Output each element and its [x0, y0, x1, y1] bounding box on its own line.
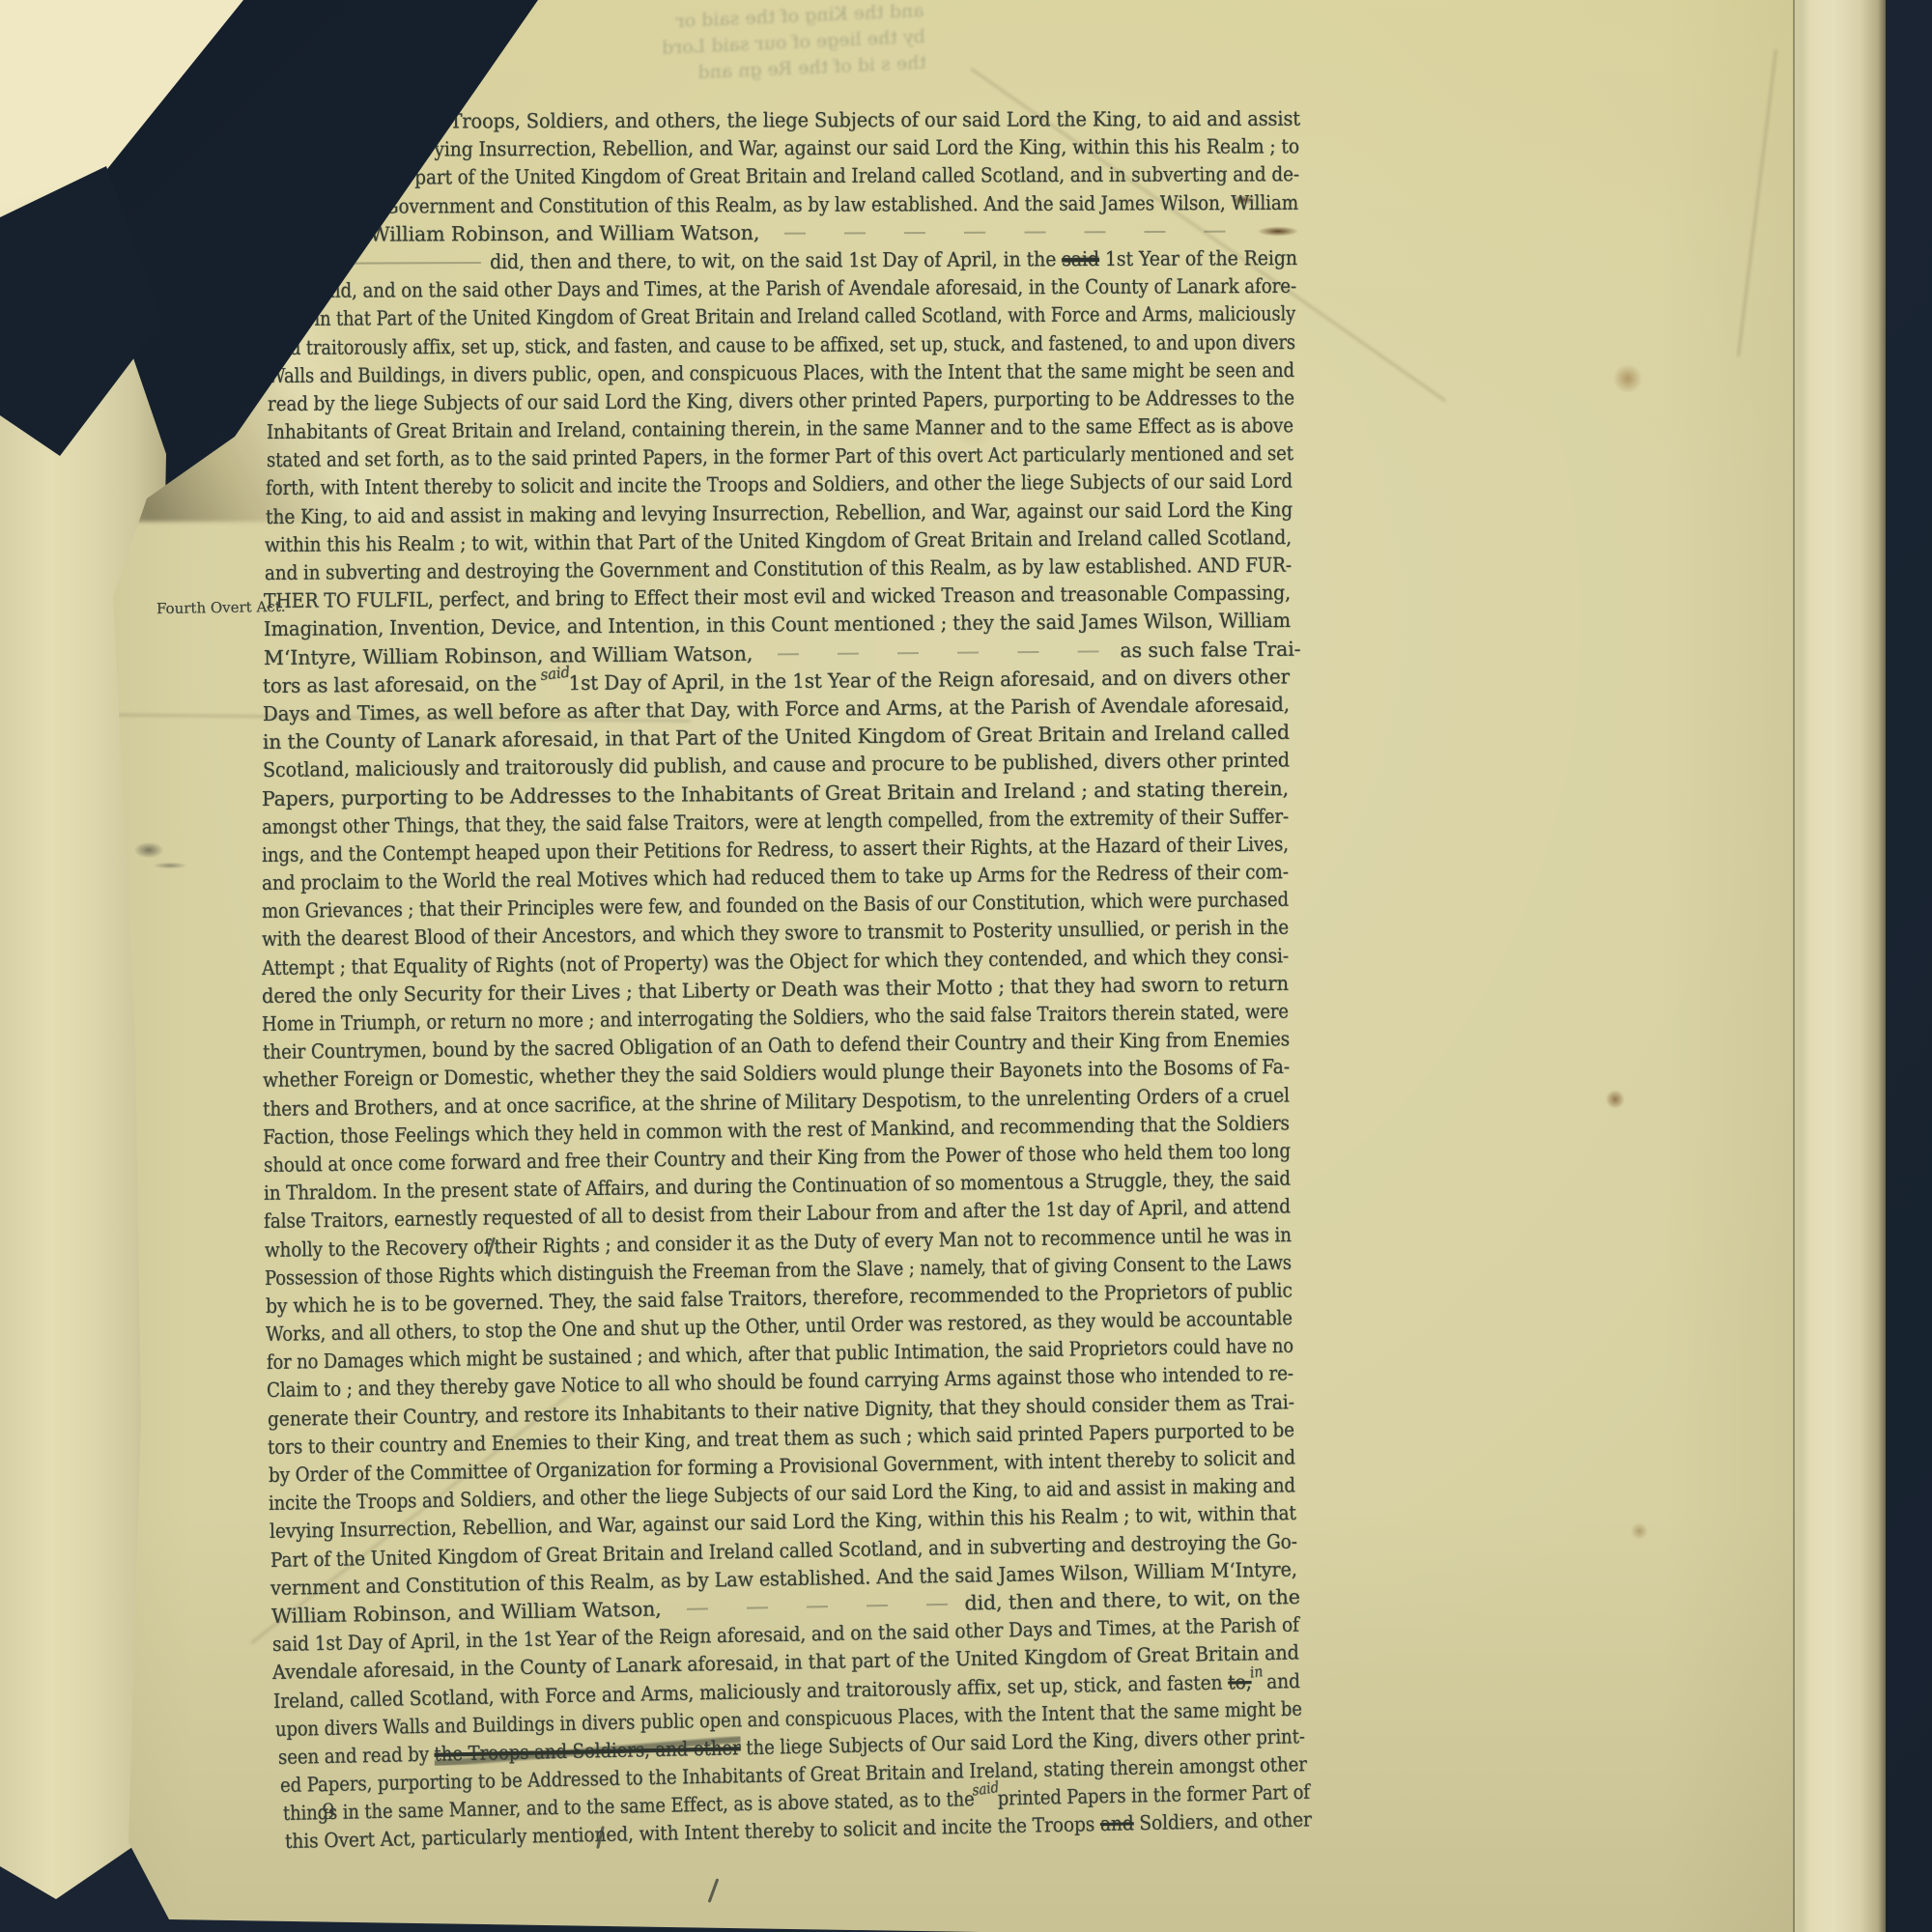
printed-text: printed Papers in the former Part of — [997, 1780, 1310, 1810]
strikethrough-text: and — [1100, 1812, 1134, 1836]
printed-text: stroying the Government and Constitution… — [271, 190, 1298, 217]
ink-blot — [1258, 226, 1298, 236]
strikethrough-text: the Troops and Soldiers, and other — [434, 1736, 741, 1765]
faint-dash-rule — [772, 230, 1246, 234]
text-line: wit, within that part of the United King… — [272, 161, 1196, 193]
printed-text: M‘Intyre, William Robinson, and William … — [263, 639, 753, 672]
text-line: licit and incite the Troops, Soldiers, a… — [273, 105, 1241, 136]
printed-text: and traitorously affix, set up, stick, a… — [269, 330, 1295, 359]
printed-text: in making and levying Insurrection, Rebe… — [272, 134, 1299, 161]
handwritten-insertion: in — [1248, 1658, 1264, 1688]
body-text: licit and incite the Troops, Soldiers, a… — [273, 108, 1300, 1857]
printed-text: read by the liege Subjects of our said L… — [268, 385, 1294, 414]
printed-text: did, then and there, to wit, on the said… — [490, 247, 1062, 273]
printed-text: M‘Intyre, William Robinson, and William … — [270, 221, 759, 246]
printed-text: did, then and there, to wit, on the — [964, 1583, 1300, 1618]
printed-text: seen and read by — [278, 1743, 435, 1769]
printed-text: said, in that Part of the United Kingdom… — [269, 302, 1295, 331]
handwritten-insertion: said — [539, 658, 572, 690]
faint-dash-rule — [764, 650, 1108, 655]
strikethrough-text: to, — [1228, 1670, 1252, 1693]
printed-text: licit and incite the Troops, Soldiers, a… — [273, 107, 1300, 133]
printed-text: wholly to the Recovery of — [264, 1235, 490, 1262]
printed-text: stated and set forth, as to the said pri… — [266, 441, 1293, 471]
printed-text: as such false Trai- — [1120, 635, 1300, 665]
right-page-edges — [1793, 0, 1886, 1932]
printed-text: as such false Trai- — [1120, 637, 1300, 662]
document-page: and the King of the said or by the liege… — [0, 0, 1932, 1932]
printed-text: wit, within that part of the United King… — [272, 162, 1299, 189]
printed-text: M‘Intyre, William Robinson, and William … — [263, 641, 752, 668]
text-line: stroying the Government and Constitution… — [271, 189, 1192, 221]
margin-note: Fourth Overt Act. — [156, 598, 286, 617]
printed-text: did, then and there, to wit, on the — [964, 1585, 1300, 1615]
text-line: in making and levying Insurrection, Rebe… — [272, 133, 1210, 165]
page-number: 9 — [322, 1801, 335, 1825]
printed-text: Soldiers, and other — [1133, 1808, 1312, 1835]
printed-text: William Robinson, and William Watson, — [271, 1597, 662, 1628]
blank-rule — [270, 262, 481, 265]
handwritten-insertion: said — [971, 1774, 1001, 1805]
photograph-background: and the King of the said or by the liege… — [0, 0, 1932, 1932]
printed-text: aforesaid, and on the said other Days an… — [270, 274, 1296, 302]
printed-text: Walls and Buildings, in divers public, o… — [268, 358, 1294, 387]
printed-text: 1st Day of April, in the 1st Year of the… — [569, 665, 1291, 695]
strikethrough-text: said — [1062, 247, 1099, 270]
text-line: said, in that Part of the United Kingdom… — [269, 300, 1162, 333]
printed-text: tors as last aforesaid, on the — [263, 671, 543, 697]
printed-text: 1st Year of the Reign — [1099, 246, 1297, 270]
printed-text: the King, to aid and assist in making an… — [265, 497, 1292, 528]
printed-text: M‘Intyre, William Robinson, and William … — [270, 219, 759, 249]
printed-text: forth, with Intent thereby to solicit an… — [266, 469, 1293, 499]
printed-text: Inhabitants of Great Britain and Ireland… — [267, 413, 1293, 443]
faint-dash-rule — [673, 1603, 953, 1609]
printed-text: and — [1261, 1669, 1300, 1693]
